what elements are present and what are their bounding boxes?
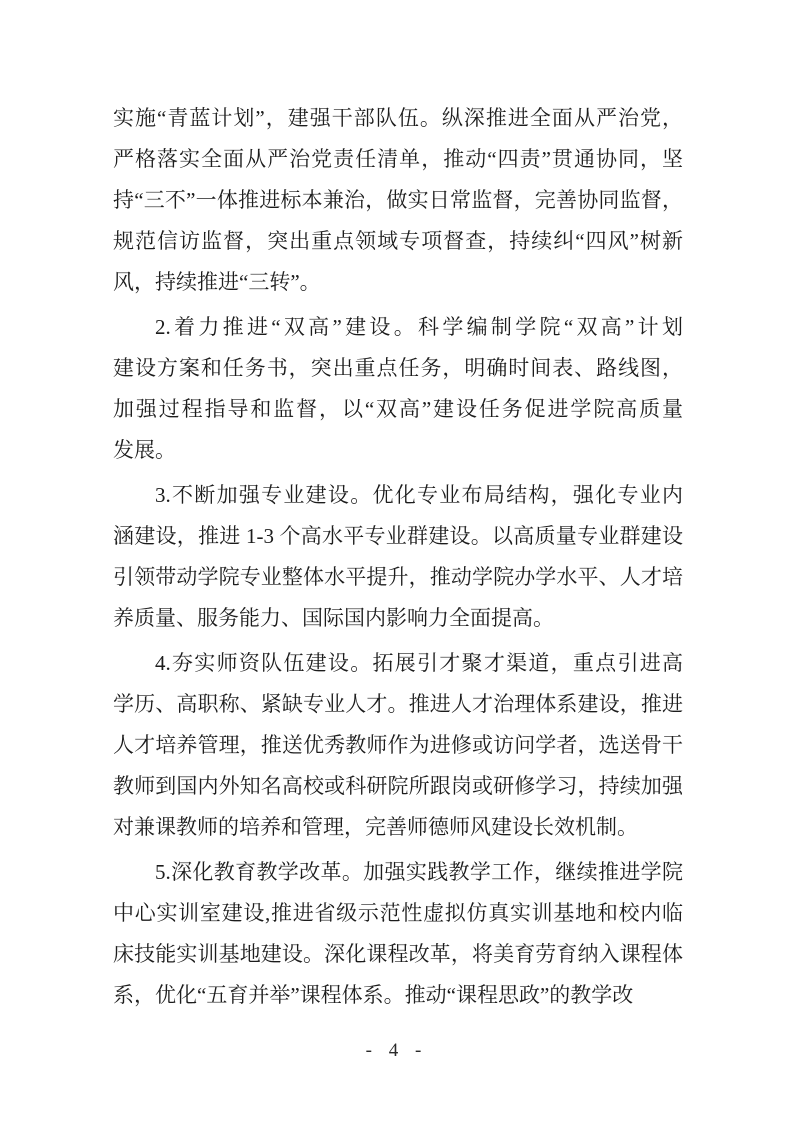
text-line: 引领带动学院专业整体水平提升，推动学院办学水平、人才培 [113,557,683,598]
page-footer: - 4 - [0,1040,793,1062]
paragraph: 3.不断加强专业建设。优化专业布局结构，强化专业内涵建设，推进 1-3 个高水平… [113,475,683,639]
paragraph: 5.深化教育教学改革。加强实践教学工作，继续推进学院中心实训室建设,推进省级示范… [113,852,683,1016]
text-line: 人才培养管理，推送优秀教师作为进修或访问学者，选送骨干 [113,725,683,766]
text-line: 学历、高职称、紧缺专业人才。推进人才治理体系建设，推进 [113,684,683,725]
page-number: - 4 - [366,1040,428,1061]
text-line: 严格落实全面从严治党责任清单，推动“四责”贯通协同，坚 [113,139,683,180]
text-line: 实施“青蓝计划”，建强干部队伍。纵深推进全面从严治党， [113,98,683,139]
text-line: 建设方案和任务书，突出重点任务，明确时间表、路线图， [113,348,683,389]
text-line: 床技能实训基地建设。深化课程改革，将美育劳育纳入课程体 [113,934,683,975]
text-line: 教师到国内外知名高校或科研院所跟岗或研修学习，持续加强 [113,766,683,807]
paragraph: 4.夯实师资队伍建设。拓展引才聚才渠道，重点引进高学历、高职称、紧缺专业人才。推… [113,643,683,848]
text-line: 系，优化“五育并举”课程体系。推动“课程思政”的教学改 [113,975,683,1016]
text-line: 养质量、服务能力、国际国内影响力全面提高。 [113,598,683,639]
document-body: 实施“青蓝计划”，建强干部队伍。纵深推进全面从严治党，严格落实全面从严治党责任清… [113,98,683,1016]
document-page: 实施“青蓝计划”，建强干部队伍。纵深推进全面从严治党，严格落实全面从严治党责任清… [0,0,793,1122]
text-line: 4.夯实师资队伍建设。拓展引才聚才渠道，重点引进高 [113,643,683,684]
text-line: 5.深化教育教学改革。加强实践教学工作，继续推进学院 [113,852,683,893]
text-line: 3.不断加强专业建设。优化专业布局结构，强化专业内 [113,475,683,516]
text-line: 中心实训室建设,推进省级示范性虚拟仿真实训基地和校内临 [113,893,683,934]
text-line: 对兼课教师的培养和管理，完善师德师风建设长效机制。 [113,807,683,848]
text-line: 发展。 [113,430,683,471]
text-line: 加强过程指导和监督，以“双高”建设任务促进学院高质量 [113,389,683,430]
paragraph: 实施“青蓝计划”，建强干部队伍。纵深推进全面从严治党，严格落实全面从严治党责任清… [113,98,683,303]
text-line: 涵建设，推进 1-3 个高水平专业群建设。以高质量专业群建设 [113,516,683,557]
text-line: 持“三不”一体推进标本兼治，做实日常监督，完善协同监督， [113,180,683,221]
text-line: 风，持续推进“三转”。 [113,262,683,303]
text-line: 2.着力推进“双高”建设。科学编制学院“双高”计划 [113,307,683,348]
paragraph: 2.着力推进“双高”建设。科学编制学院“双高”计划建设方案和任务书，突出重点任务… [113,307,683,471]
text-line: 规范信访监督，突出重点领域专项督查，持续纠“四风”树新 [113,221,683,262]
